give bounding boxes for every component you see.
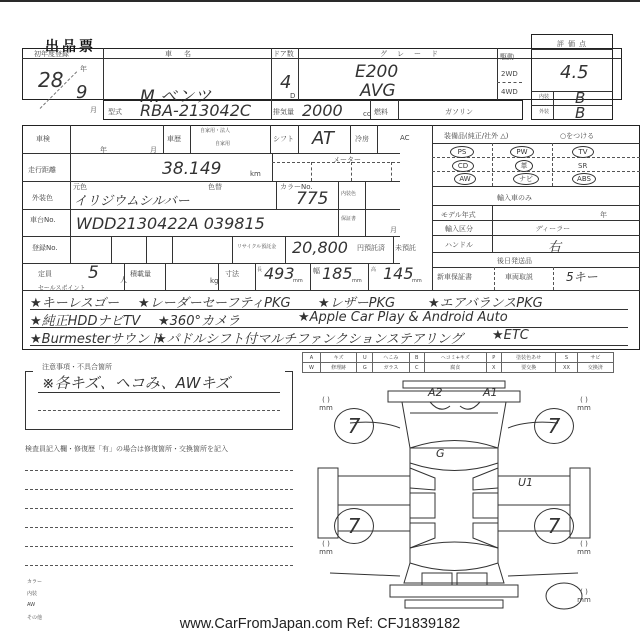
chassis-value: WDD2130422A 039815 bbox=[76, 214, 265, 233]
doors-label: ドア数 bbox=[273, 49, 294, 59]
load-label: 積載量 bbox=[130, 269, 151, 279]
footer-watermark: www.CarFromJapan.com Ref: CFJ1839182 bbox=[0, 616, 640, 632]
import-type-value: ディーラー bbox=[535, 224, 569, 234]
tyre-rear-left[interactable]: 7 bbox=[334, 508, 374, 544]
inspection-label: 車検 bbox=[36, 134, 50, 144]
color-value: イリジウムシルバー bbox=[74, 190, 190, 209]
equip-cd[interactable]: CD bbox=[452, 160, 474, 172]
drive-2wd[interactable]: 2WD bbox=[501, 70, 518, 78]
tyre-front-right[interactable]: 7 bbox=[534, 408, 574, 444]
after-sale-value: 5キー bbox=[566, 268, 598, 285]
mark-a1: A1 bbox=[483, 386, 498, 399]
grade-label: グレード bbox=[380, 49, 448, 59]
tread-depth-fr: ( )mm bbox=[574, 396, 594, 412]
model-type-value: RBA-213042C bbox=[140, 101, 251, 120]
dimensions-label: 寸法 bbox=[225, 269, 239, 279]
notes-value: ※各キズ、ヘコみ、AWキズ bbox=[42, 372, 230, 393]
drive-4wd[interactable]: 4WD bbox=[501, 88, 518, 96]
exterior-grade: B bbox=[575, 104, 585, 122]
mileage-value: 38.149 bbox=[162, 159, 221, 179]
grade-line2: AVG bbox=[360, 81, 396, 101]
score-value: 4.5 bbox=[560, 62, 589, 83]
capacity-label: 定員 bbox=[38, 269, 52, 279]
sales-point: ★ETC bbox=[492, 328, 529, 343]
equip-ps[interactable]: PS bbox=[450, 146, 474, 158]
displacement-label: 排気量 bbox=[273, 107, 294, 117]
after-sale-label: 後日発送品 bbox=[497, 256, 532, 266]
mark-g: G bbox=[436, 447, 445, 460]
grade-line1: E200 bbox=[355, 62, 398, 82]
drive-label: 駆動 bbox=[500, 52, 514, 62]
equip-leather[interactable]: 革 bbox=[515, 160, 533, 172]
equipment-label: 装備品(純正/社外 △) bbox=[444, 131, 508, 141]
equip-aw[interactable]: AW bbox=[454, 173, 476, 185]
equip-sr[interactable]: SR bbox=[578, 162, 587, 170]
import-section-label: 輸入車のみ bbox=[497, 193, 532, 203]
car-name-label: 車名 bbox=[165, 49, 203, 59]
color-no-value: 775 bbox=[296, 189, 328, 209]
sales-point: ★Apple Car Play & Android Auto bbox=[298, 310, 508, 325]
color-label: 外装色 bbox=[32, 193, 53, 203]
meter-label: メーター bbox=[333, 155, 361, 165]
tread-depth-spare: ( )mm bbox=[574, 588, 594, 604]
equipment-hint: ○をつける bbox=[560, 131, 594, 141]
equip-navi[interactable]: ナビ bbox=[513, 173, 539, 185]
height-value: 145 bbox=[383, 264, 414, 283]
tyre-rear-right[interactable]: 7 bbox=[534, 508, 574, 544]
tyre-front-left[interactable]: 7 bbox=[334, 408, 374, 444]
length-value: 493 bbox=[264, 264, 295, 283]
top-border bbox=[0, 0, 640, 2]
first-registration-month: 9 bbox=[76, 82, 87, 103]
fuel-label: 燃料 bbox=[374, 107, 388, 117]
doors-value: 4 bbox=[280, 72, 291, 93]
mark-a2: A2 bbox=[428, 386, 443, 399]
shift-value: AT bbox=[312, 128, 334, 149]
history-label: 車歴 bbox=[167, 134, 181, 144]
tread-depth-rl: ( )mm bbox=[316, 540, 336, 556]
fuel-value: ガソリン bbox=[445, 107, 473, 117]
recycle-status[interactable]: 未預託 bbox=[395, 243, 416, 253]
mileage-label: 走行距離 bbox=[28, 165, 56, 175]
width-value: 185 bbox=[322, 264, 353, 283]
sales-points-label: セールスポイント bbox=[38, 283, 85, 292]
tread-depth-rr: ( )mm bbox=[574, 540, 594, 556]
chassis-label: 車台No. bbox=[30, 215, 56, 225]
equip-pw[interactable]: PW bbox=[510, 146, 534, 158]
registration-label: 登録No. bbox=[32, 243, 58, 253]
model-type-label: 型式 bbox=[108, 107, 122, 117]
ac-value: AC bbox=[400, 134, 410, 142]
ac-label: 冷房 bbox=[355, 134, 369, 144]
recycle-value: 20,800 bbox=[292, 238, 348, 257]
inspector-note: 検査員記入欄・修復歴「有」の場合は修復箇所・交換箇所を記入 bbox=[25, 444, 228, 454]
displacement-value: 2000 bbox=[302, 101, 343, 120]
shift-label: シフト bbox=[273, 134, 294, 144]
equip-abs[interactable]: ABS bbox=[572, 173, 596, 185]
capacity-value: 5 bbox=[88, 263, 99, 283]
equip-tv[interactable]: TV bbox=[572, 146, 594, 158]
mark-u1: U1 bbox=[518, 476, 533, 489]
damage-code-table: Aキズ Uへこみ Bヘコミ+キズ P塗装色あせ Sサビ W修理跡 Gガラス C腐… bbox=[302, 352, 614, 373]
tread-depth-fl: ( )mm bbox=[316, 396, 336, 412]
score-label: 評価点 bbox=[557, 39, 590, 49]
